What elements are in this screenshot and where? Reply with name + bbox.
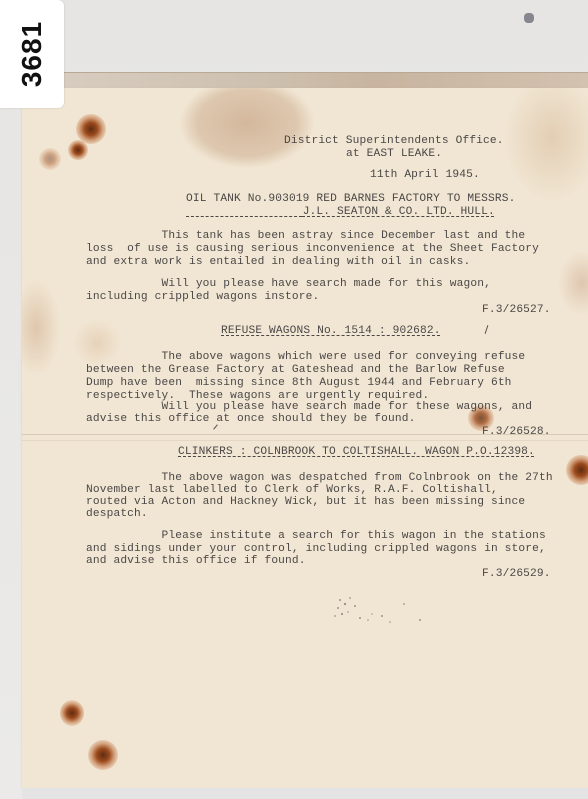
faded-stamp-specks [320, 590, 440, 630]
section-2-paragraph-line: between the Grease Factory at Gateshead … [86, 364, 505, 377]
archive-label-tag: 3681 [0, 0, 64, 108]
section-1-reference: F.3/26527. [482, 304, 551, 317]
section-2-reference: F.3/26528. [482, 426, 551, 439]
rust-stain [88, 740, 118, 770]
section-2-paragraph-line: The above wagons which were used for con… [86, 351, 525, 364]
section-2-paragraph-line: Dump have been missing since 8th August … [86, 377, 512, 390]
section-1-paragraph-2-line: Will you please have search made for thi… [86, 278, 491, 291]
section-3-paragraph-2-line: Please institute a search for this wagon… [86, 530, 546, 543]
rust-stain [39, 148, 61, 170]
section-3-reference: F.3/26529. [482, 568, 551, 581]
section-1-paragraph-1-line: and extra work is entailed in dealing wi… [86, 256, 470, 269]
section-2-paragraph-line: advise this office at once should they b… [86, 413, 415, 426]
section-3-paragraph-1-line: despatch. [86, 508, 148, 521]
dirt-spot [524, 13, 534, 23]
section-1-paragraph-2-line: including crippled wagons instore. [86, 291, 319, 304]
section-1-heading-line-2: J.L. SEATON & CO. LTD. HULL. [186, 206, 495, 219]
rust-stain [566, 455, 588, 485]
section-1-paragraph-1-line: loss of use is causing serious inconveni… [86, 243, 539, 256]
section-3-heading: CLINKERS : COLNBROOK TO COLTISHALL. WAGO… [178, 446, 535, 459]
rust-stain [68, 140, 88, 160]
section-1-paragraph-1-line: This tank has been astray since December… [86, 230, 525, 243]
office-line-2: at EAST LEAKE. [346, 148, 442, 161]
section-1-heading-line-1: OIL TANK No.903019 RED BARNES FACTORY TO… [186, 193, 515, 206]
section-1-heading-consignee: J.L. SEATON & CO. LTD. HULL. [303, 206, 495, 218]
rust-stain [60, 700, 84, 726]
section-2-heading: REFUSE WAGONS No. 1514 : 902682. [221, 325, 441, 338]
section-3-paragraph-1-line: routed via Acton and Hackney Wick, but i… [86, 496, 525, 509]
section-3-paragraph-2-line: and advise this office if found. [86, 555, 306, 568]
fold-line [22, 440, 588, 441]
letter-date: 11th April 1945. [370, 169, 480, 182]
archive-number: 3681 [16, 21, 48, 87]
scanner-bottom-edge [22, 788, 588, 799]
office-line-1: District Superintendents Office. [284, 135, 504, 148]
